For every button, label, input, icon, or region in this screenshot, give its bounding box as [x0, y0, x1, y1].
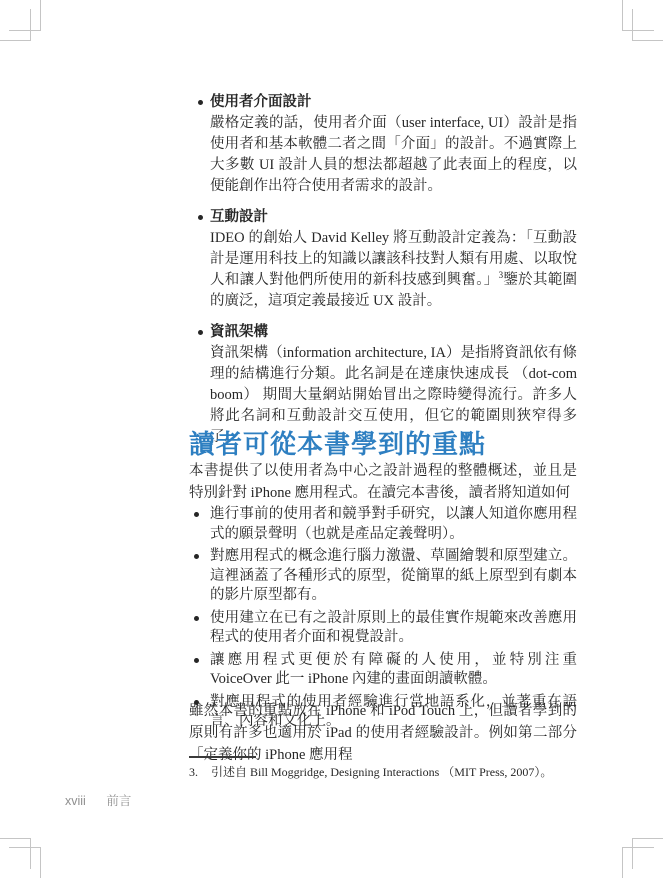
trim-mark	[632, 40, 663, 41]
footnote-separator	[189, 756, 256, 758]
trim-mark	[40, 0, 41, 30]
definition-item-ui-design: 使用者介面設計 嚴格定義的話，使用者介面（user interface, UI）…	[189, 92, 577, 197]
trim-mark	[9, 30, 41, 31]
trim-mark	[622, 30, 654, 31]
footnote: 3. 引述自 Bill Moggridge, Designing Interac…	[189, 764, 577, 780]
section-intro-paragraph: 本書提供了以使用者為中心之設計過程的整體概述，並且是特別針對 iPhone 應用…	[189, 460, 577, 504]
list-item: 使用建立在已有之設計原則上的最佳實作規範來改善應用程式的使用者介面和視覺設計。	[189, 609, 577, 648]
trim-mark	[632, 838, 663, 839]
trim-mark	[632, 838, 633, 869]
definition-body: IDEO 的創始人 David Kelley 將互動設計定義為：「互動設計是運用…	[210, 228, 577, 312]
definition-item-interaction-design: 互動設計 IDEO 的創始人 David Kelley 將互動設計定義為：「互動…	[189, 207, 577, 312]
trim-mark	[40, 848, 41, 878]
definition-list: 使用者介面設計 嚴格定義的話，使用者介面（user interface, UI）…	[189, 92, 577, 458]
list-item: 對應用程式的概念進行腦力激盪、草圖繪製和原型建立。這裡涵蓋了各種形式的原型，從簡…	[189, 547, 577, 606]
trim-mark	[0, 838, 31, 839]
trim-mark	[0, 40, 31, 41]
trim-mark	[9, 847, 41, 848]
section-heading: 讀者可從本書學到的重點	[189, 424, 577, 461]
definition-term: 資訊架構	[210, 322, 577, 343]
trim-mark	[30, 9, 31, 40]
footer-section-title: 前言	[106, 791, 131, 809]
definition-term: 使用者介面設計	[210, 92, 577, 113]
definition-term: 互動設計	[210, 207, 577, 228]
page-number: xviii	[65, 794, 86, 808]
trim-mark	[622, 848, 623, 878]
trim-mark	[632, 9, 633, 40]
book-page: 使用者介面設計 嚴格定義的話，使用者介面（user interface, UI）…	[0, 0, 663, 878]
definition-body: 嚴格定義的話，使用者介面（user interface, UI）設計是指使用者和…	[210, 113, 577, 197]
trim-mark	[30, 838, 31, 869]
trim-mark	[622, 0, 623, 30]
trim-mark	[622, 847, 654, 848]
footnote-text: 引述自 Bill Moggridge, Designing Interactio…	[211, 765, 552, 779]
list-item: 進行事前的使用者和競爭對手研究，以讓人知道你應用程式的願景聲明（也就是產品定義聲…	[189, 505, 577, 544]
page-footer: xviii 前言	[65, 791, 131, 809]
list-item: 讓應用程式更便於有障礙的人使用，並特別注重 VoiceOver 此一 iPhon…	[189, 651, 577, 690]
footnote-number: 3.	[189, 764, 198, 780]
